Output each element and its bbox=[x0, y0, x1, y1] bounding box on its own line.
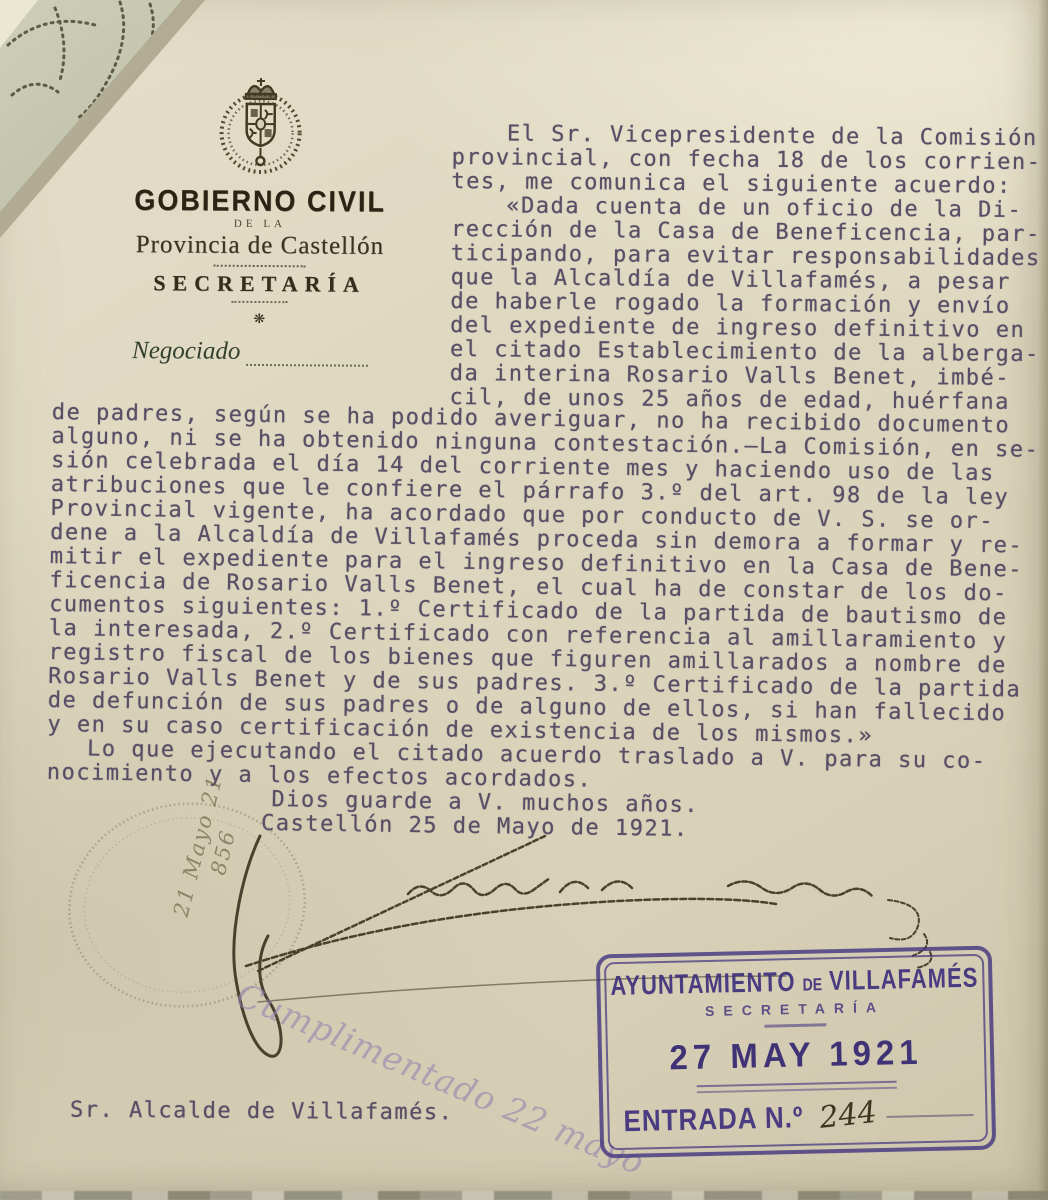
royal-coat-of-arms-icon bbox=[216, 76, 305, 177]
letterhead: GOBIERNO CIVIL DE LA Provincia de Castel… bbox=[114, 75, 406, 367]
entry-number-handwritten: 244 bbox=[818, 1095, 879, 1136]
letterhead-divider bbox=[214, 265, 306, 268]
entry-stamp-inner: AYUNTAMIENTO DE VILLAFAMÉS SECRETARÍA 27… bbox=[604, 954, 988, 1151]
entry-stamp-underline bbox=[697, 1081, 897, 1094]
negociado-label: Negociado bbox=[132, 337, 241, 366]
addressee-line: Sr. Alcalde de Villafamés. bbox=[70, 1099, 454, 1126]
oval-register-stamp: 21 Mayo 21 856 bbox=[60, 795, 315, 1015]
letterhead-org: GOBIERNO CIVIL bbox=[115, 184, 405, 220]
typed-column-block: El Sr. Vicepresidente de la Comisión pro… bbox=[449, 122, 1047, 415]
entry-stamp-title-small: DE bbox=[802, 974, 822, 994]
paper-edge-bottom bbox=[0, 1191, 1048, 1200]
dotted-leader bbox=[246, 344, 368, 367]
paper-edge-right bbox=[1038, 0, 1048, 1200]
entry-number-line bbox=[887, 1114, 974, 1118]
pencil-annotation: Cumplimentado 22 mayo bbox=[231, 975, 651, 1183]
entry-stamp-title: AYUNTAMIENTO DE VILLAFAMÉS bbox=[606, 962, 983, 1003]
entry-stamp-title-main: AYUNTAMIENTO bbox=[610, 966, 796, 1003]
letterhead-org-sub: DE LA bbox=[115, 217, 405, 231]
letterhead-province: Provincia de Castellón bbox=[115, 231, 405, 261]
entry-stamp-date: 27 MAY 1921 bbox=[608, 1031, 985, 1079]
scanned-letter-page: GOBIERNO CIVIL DE LA Provincia de Castel… bbox=[0, 0, 1048, 1200]
entry-stamp-divider bbox=[764, 1023, 826, 1027]
typed-wide-block: de padres, según se ha podido averiguar,… bbox=[46, 401, 1048, 847]
entry-number-label: ENTRADA N.º bbox=[623, 1100, 804, 1140]
letterhead-divider bbox=[231, 301, 287, 303]
negociado-row: Negociado bbox=[132, 337, 368, 367]
entry-number-row: ENTRADA N.º 244 bbox=[623, 1095, 974, 1138]
fleuron-icon: ❋ bbox=[114, 305, 404, 329]
letterhead-department: SECRETARÍA bbox=[114, 270, 404, 298]
entry-stamp-title-place: VILLAFAMÉS bbox=[829, 962, 979, 998]
entry-stamp: AYUNTAMIENTO DE VILLAFAMÉS SECRETARÍA 27… bbox=[596, 946, 997, 1159]
